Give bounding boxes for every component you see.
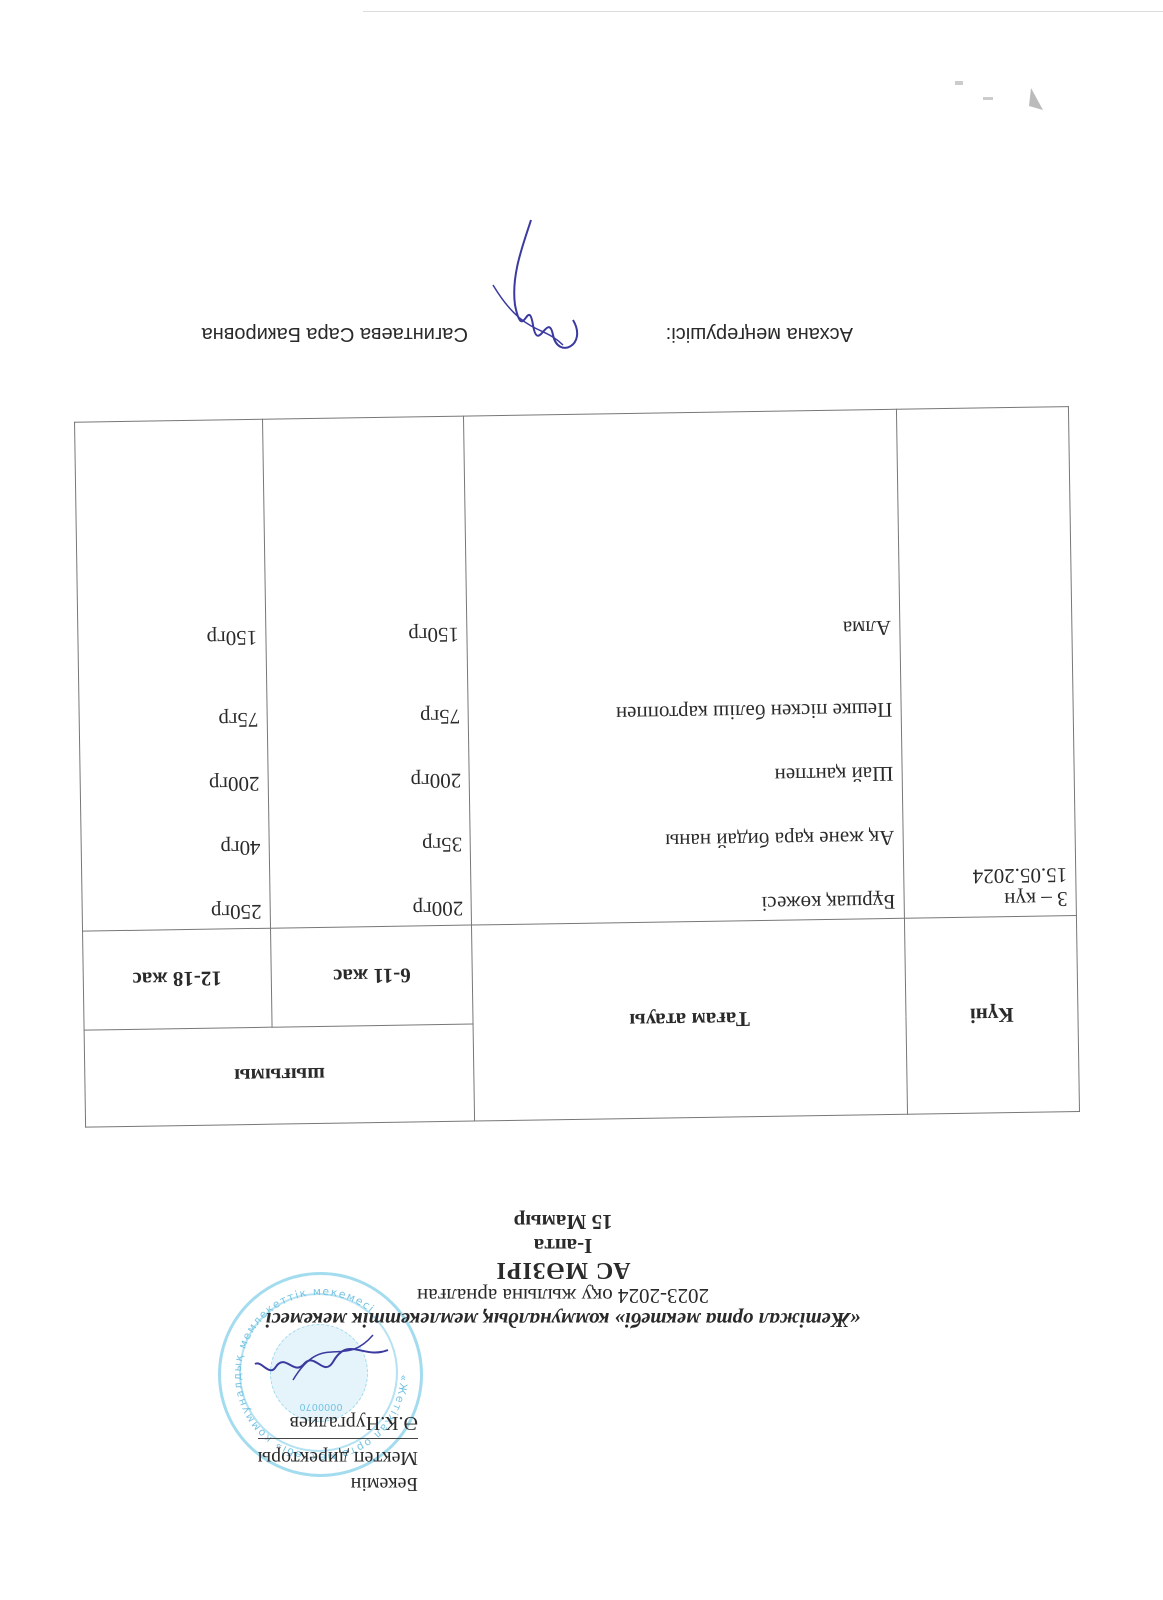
day-label: 3 – күн: [912, 887, 1068, 913]
dish-item: Шай қантпен: [477, 722, 893, 793]
portion-value: 75гр: [274, 647, 460, 732]
portion-6-11-list: 200гр 35гр 200гр 75гр 150гр: [262, 416, 472, 928]
menu-table: Күні Тағам атауы шығымы 6-11 жас 12-18 ж…: [74, 406, 1080, 1128]
table-row: 3 – күн 15.05.2024 Бұршақ көжесі Ақ және…: [75, 407, 1077, 932]
menu-date: 15 Мамыр: [163, 1210, 963, 1234]
header-dish: Тағам атауы: [472, 918, 907, 1121]
dish-item: Пешке піскен бәліш картоппен: [476, 640, 892, 729]
kitchen-head-label: Асхана меңгерушісі:: [666, 322, 853, 345]
scan-specks-icon: [923, 70, 1063, 130]
director-name: Ә.К.Нургалиев: [258, 1410, 418, 1436]
document-page: «Жетіжал орта мектебі» коммуналдық мемле…: [0, 0, 1163, 1600]
page-title: АС МӘЗІРІ: [163, 1258, 963, 1282]
portion-value: 200гр: [88, 732, 260, 799]
portion-value: 200гр: [276, 729, 462, 796]
portion-value: 150гр: [86, 586, 258, 653]
academic-year: 2023-2024 оқу жылына арналған: [163, 1284, 963, 1308]
portion-value: 40гр: [89, 796, 261, 863]
kitchen-head-signature-icon: [483, 215, 593, 365]
dish-item: Алма: [475, 576, 891, 647]
portion-value: 75гр: [87, 650, 259, 735]
portion-value: 35гр: [277, 793, 463, 860]
dish-item: Ақ және қара бидай наны: [478, 786, 894, 857]
kitchen-head-name: Сагинтаева Сара Бакировна: [202, 322, 468, 345]
approved-label: Бекемін: [258, 1471, 418, 1497]
portion-12-18-list: 250гр 40гр 200гр 75гр 150гр: [75, 419, 271, 931]
organization-name: «Жетіжал орта мектебі» коммуналдық мемле…: [163, 1308, 963, 1332]
header-age-6-11: 6-11 жас: [270, 925, 473, 1027]
director-signature-line: [258, 1438, 418, 1439]
dish-list: Бұршақ көжесі Ақ және қара бидай наны Ша…: [464, 409, 904, 925]
document-heading: «Жетіжал орта мектебі» коммуналдық мемле…: [163, 1210, 963, 1332]
header-portion: шығымы: [84, 1024, 475, 1127]
director-position: Мектеп директоры: [258, 1445, 418, 1471]
scan-edge-line: [363, 11, 1163, 12]
header-age-12-18: 12-18 жас: [83, 928, 272, 1030]
portion-value: 200гр: [278, 857, 464, 924]
day-date: 15.05.2024: [912, 863, 1068, 889]
portion-value: 150гр: [273, 583, 459, 650]
day-cell: 3 – күн 15.05.2024: [896, 407, 1076, 919]
week-label: І-апта: [163, 1234, 963, 1258]
approval-block: Бекемін Мектеп директоры Ә.К.Нургалиев: [258, 1410, 418, 1497]
dish-item: Бұршақ көжесі: [479, 850, 895, 921]
table-header-row: Күні Тағам атауы шығымы: [84, 1015, 1079, 1128]
header-day: Күні: [904, 916, 1079, 1115]
portion-value: 250гр: [90, 860, 262, 927]
